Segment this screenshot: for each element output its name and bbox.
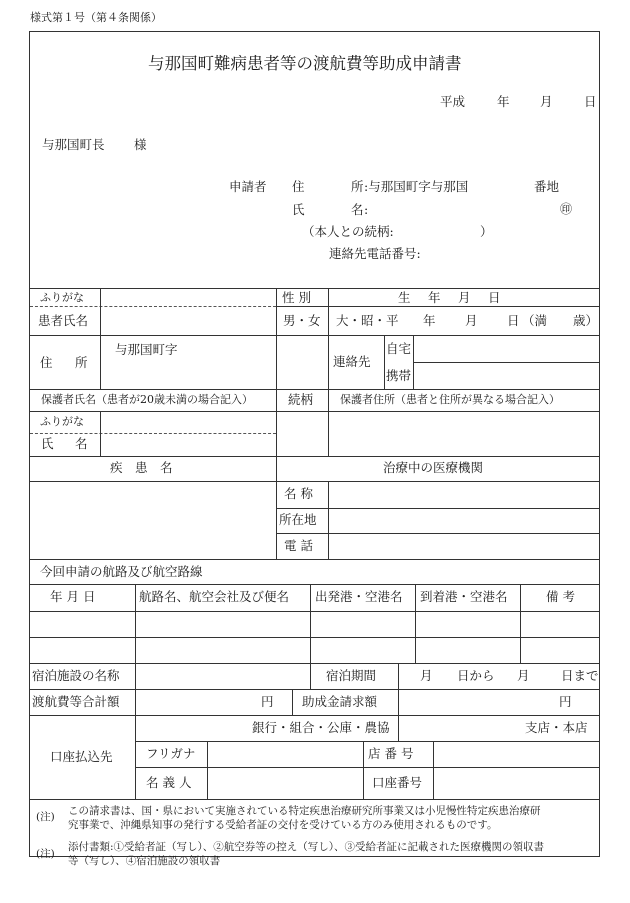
gender-options[interactable]: 男・女 <box>283 315 321 328</box>
request-amount-input[interactable] <box>399 690 549 715</box>
route-row-1-remarks[interactable] <box>521 612 600 637</box>
page-title: 与那国町難病患者等の渡航費等助成申請書 <box>148 56 462 73</box>
date-year-input[interactable] <box>468 92 498 112</box>
route-col-remarks: 備 考 <box>546 591 575 604</box>
route-row-2-date[interactable] <box>30 638 135 663</box>
route-row-1-date[interactable] <box>30 612 135 637</box>
route-row-2-departure[interactable] <box>311 638 415 663</box>
guardian-furigana-input[interactable] <box>101 412 276 433</box>
guardian-relation-input[interactable] <box>277 412 328 456</box>
note-1-tag: (注) <box>36 812 55 823</box>
note-2-tag: (注) <box>36 849 55 860</box>
patient-furigana-input[interactable] <box>101 289 276 306</box>
note-1-line-2: 究事業で、沖縄県知事の発行する受給者証の交付を受けている方のみ使用されるものです… <box>68 820 497 831</box>
addressee-name: 与那国町長 <box>42 139 105 152</box>
account-holder-input[interactable] <box>208 768 363 799</box>
form-number: 様式第１号（第４条関係） <box>30 12 162 23</box>
route-col-route: 航路名、航空会社及び便名 <box>139 591 289 604</box>
guardian-name-input[interactable] <box>101 434 276 456</box>
route-row-1-departure[interactable] <box>311 612 415 637</box>
route-col-arrival: 到着港・空港名 <box>420 591 508 604</box>
route-col-departure: 出発港・空港名 <box>315 591 403 604</box>
branch-number-input[interactable] <box>434 742 600 767</box>
note-1-line-1: この請求書は、国・県において実施されている特定疾患治療研究所事業又は小児慢性特定… <box>68 806 541 817</box>
patient-name-input[interactable] <box>101 307 276 335</box>
note-2-line-2: 等（写し）、④宿泊施設の領収書 <box>68 856 220 867</box>
date-day-input[interactable] <box>555 92 583 112</box>
total-amount-input[interactable] <box>136 690 256 715</box>
bank-type-options[interactable]: 銀行・組合・公庫・農協 <box>252 722 390 735</box>
bank-name-input[interactable] <box>136 716 248 741</box>
date-month-input[interactable] <box>512 92 540 112</box>
route-col-date: 年 月 日 <box>50 591 95 604</box>
account-number-input[interactable] <box>434 768 600 799</box>
patient-address-input[interactable] <box>101 336 328 389</box>
institution-address-input[interactable] <box>329 509 600 533</box>
route-row-1-route[interactable] <box>136 612 310 637</box>
patient-home-phone-input[interactable] <box>414 336 600 362</box>
seal-icon: ㊞ <box>560 203 572 215</box>
account-furigana-input[interactable] <box>208 742 363 767</box>
disease-name-input[interactable] <box>30 482 276 559</box>
applicant-relation-input[interactable] <box>398 222 478 242</box>
note-2-line-1: 添付書類:①受給者証（写し）、②航空券等の控え（写し）、③受給者証に記載された医… <box>68 842 544 853</box>
route-section-title: 今回申請の航路及び航空路線 <box>40 566 203 579</box>
lodging-period-input[interactable] <box>399 664 600 689</box>
lodging-name-input[interactable] <box>136 664 310 689</box>
branch-type-options[interactable]: 支店・本店 <box>525 722 588 735</box>
applicant-name-input[interactable] <box>372 200 552 220</box>
applicant-address-number-input[interactable] <box>460 177 530 197</box>
guardian-address-input[interactable] <box>329 412 600 456</box>
institution-name-input[interactable] <box>329 482 600 508</box>
patient-mobile-phone-input[interactable] <box>414 363 600 389</box>
branch-name-input[interactable] <box>399 716 523 741</box>
route-row-2-arrival[interactable] <box>416 638 520 663</box>
birth-era-options[interactable]: 大・昭・平 <box>336 315 399 328</box>
applicant-address-value: :与那国町字与那国 <box>364 181 468 194</box>
addressee-honorific: 様 <box>134 139 147 152</box>
route-row-2-route[interactable] <box>136 638 310 663</box>
applicant-phone-input[interactable] <box>437 244 577 264</box>
route-row-1-arrival[interactable] <box>416 612 520 637</box>
institution-phone-input[interactable] <box>329 534 600 559</box>
route-row-2-remarks[interactable] <box>521 638 600 663</box>
